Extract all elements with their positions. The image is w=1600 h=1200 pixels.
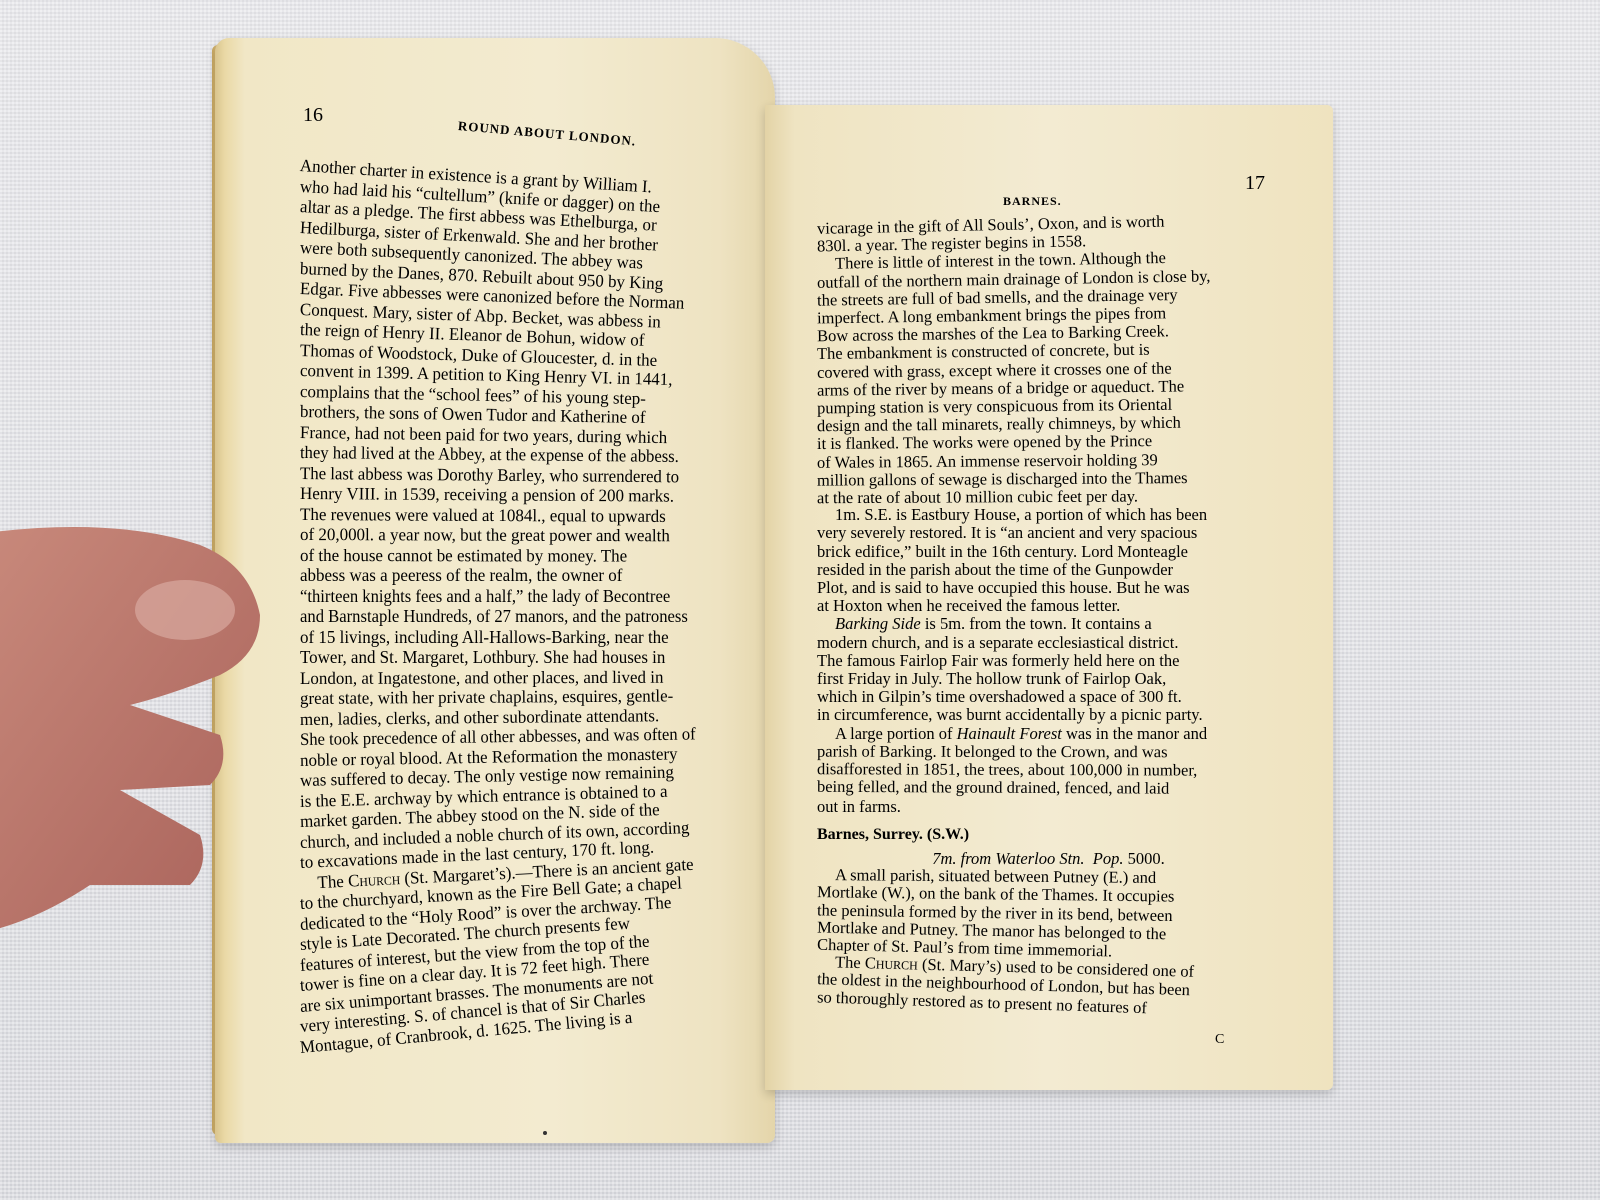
vicarage-paragraph: vicarage in the gift of All Souls’, Oxon… bbox=[817, 215, 1280, 251]
hainault-paragraph: A large portion of Hainault Forest was i… bbox=[817, 725, 1280, 816]
text-line: at the rate of about 10 million cubic fe… bbox=[817, 487, 1280, 508]
left-page-number: 16 bbox=[303, 104, 323, 127]
text-line: Plot, and is said to have occupied this … bbox=[817, 579, 1280, 597]
text-line: Henry VIII. in 1539, receiving a pension… bbox=[300, 483, 746, 507]
text-line: modern church, and is a separate ecclesi… bbox=[817, 634, 1280, 652]
thumbnail-icon bbox=[135, 580, 235, 640]
italic-place-name: Hainault Forest bbox=[957, 724, 1062, 743]
text-line: of 15 livings, including All-Hallows-Bar… bbox=[300, 627, 746, 648]
barnes-paragraph: A small parish, situated between Putney … bbox=[817, 868, 1280, 959]
hand-holding-book bbox=[0, 505, 270, 945]
signature-mark: C bbox=[1215, 1032, 1224, 1048]
text-line: at Hoxton when he received the famous le… bbox=[817, 597, 1280, 615]
italic-place-name: Barking Side bbox=[835, 614, 921, 633]
right-running-head: BARNES. bbox=[1003, 194, 1062, 209]
text-line: in circumference, was burnt accidentally… bbox=[817, 706, 1280, 724]
right-page-number: 17 bbox=[1245, 172, 1265, 195]
distance-text: 7m. from Waterloo Stn. bbox=[932, 849, 1084, 868]
text-line: “thirteen knights fees and a half,” the … bbox=[300, 586, 737, 607]
text-line: which in Gilpin’s time overshadowed a sp… bbox=[817, 688, 1280, 706]
text-line: very severely restored. It is “an ancien… bbox=[817, 524, 1280, 542]
barnes-church-paragraph: The Church (St. Mary’s) used to be consi… bbox=[817, 959, 1280, 1014]
abbey-paragraph: Another charter in existence is a grant … bbox=[300, 155, 760, 873]
text-line: being felled, and the ground drained, fe… bbox=[817, 778, 1280, 799]
text-line: 1m. S.E. is Eastbury House, a portion of… bbox=[817, 506, 1280, 524]
text-run: was in the manor and bbox=[1062, 724, 1207, 743]
eastbury-paragraph: 1m. S.E. is Eastbury House, a portion of… bbox=[817, 506, 1280, 615]
church-paragraph: The Church (St. Margaret’s).—There is an… bbox=[300, 873, 760, 1058]
text-line: out in farms. bbox=[817, 798, 1280, 816]
text-line: A large portion of Hainault Forest was i… bbox=[817, 725, 1280, 743]
text-line: Tower, and St. Margaret, Lothbury. She h… bbox=[300, 647, 746, 668]
text-line: and Barnstaple Hundreds, of 27 manors, a… bbox=[300, 606, 737, 627]
text-line: The revenues were valued at 1084l., equa… bbox=[300, 504, 746, 527]
right-page-body: vicarage in the gift of All Souls’, Oxon… bbox=[817, 215, 1280, 1014]
text-line: abbess was a peeress of the realm, the o… bbox=[300, 565, 746, 586]
text-run: is 5m. from the town. It contains a bbox=[921, 614, 1152, 633]
text-run: The bbox=[317, 870, 349, 891]
population-value: 5000. bbox=[1128, 849, 1165, 868]
text-line: The famous Fairlop Fair was formerly hel… bbox=[817, 652, 1280, 670]
drainage-paragraph: There is little of interest in the town.… bbox=[817, 251, 1280, 506]
text-line: of 20,000l. a year now, but the great po… bbox=[300, 524, 746, 546]
text-line: first Friday in July. The hollow trunk o… bbox=[817, 670, 1280, 688]
barking-side-paragraph: Barking Side is 5m. from the town. It co… bbox=[817, 615, 1280, 724]
left-page-body: Another charter in existence is a grant … bbox=[300, 155, 760, 1057]
smallcaps-church: Church bbox=[348, 868, 401, 891]
text-line: Barking Side is 5m. from the town. It co… bbox=[817, 615, 1280, 633]
text-run: A large portion of bbox=[835, 724, 957, 743]
gutter-mark bbox=[543, 1131, 547, 1135]
population-label: Pop. bbox=[1093, 849, 1124, 868]
text-line: of the house cannot be estimated by mone… bbox=[300, 545, 746, 566]
entry-heading: Barnes, Surrey. (S.W.) bbox=[817, 826, 1280, 844]
text-line: brick edifice,” built in the 16th centur… bbox=[817, 543, 1280, 561]
text-line: resided in the parish about the time of … bbox=[817, 561, 1280, 579]
